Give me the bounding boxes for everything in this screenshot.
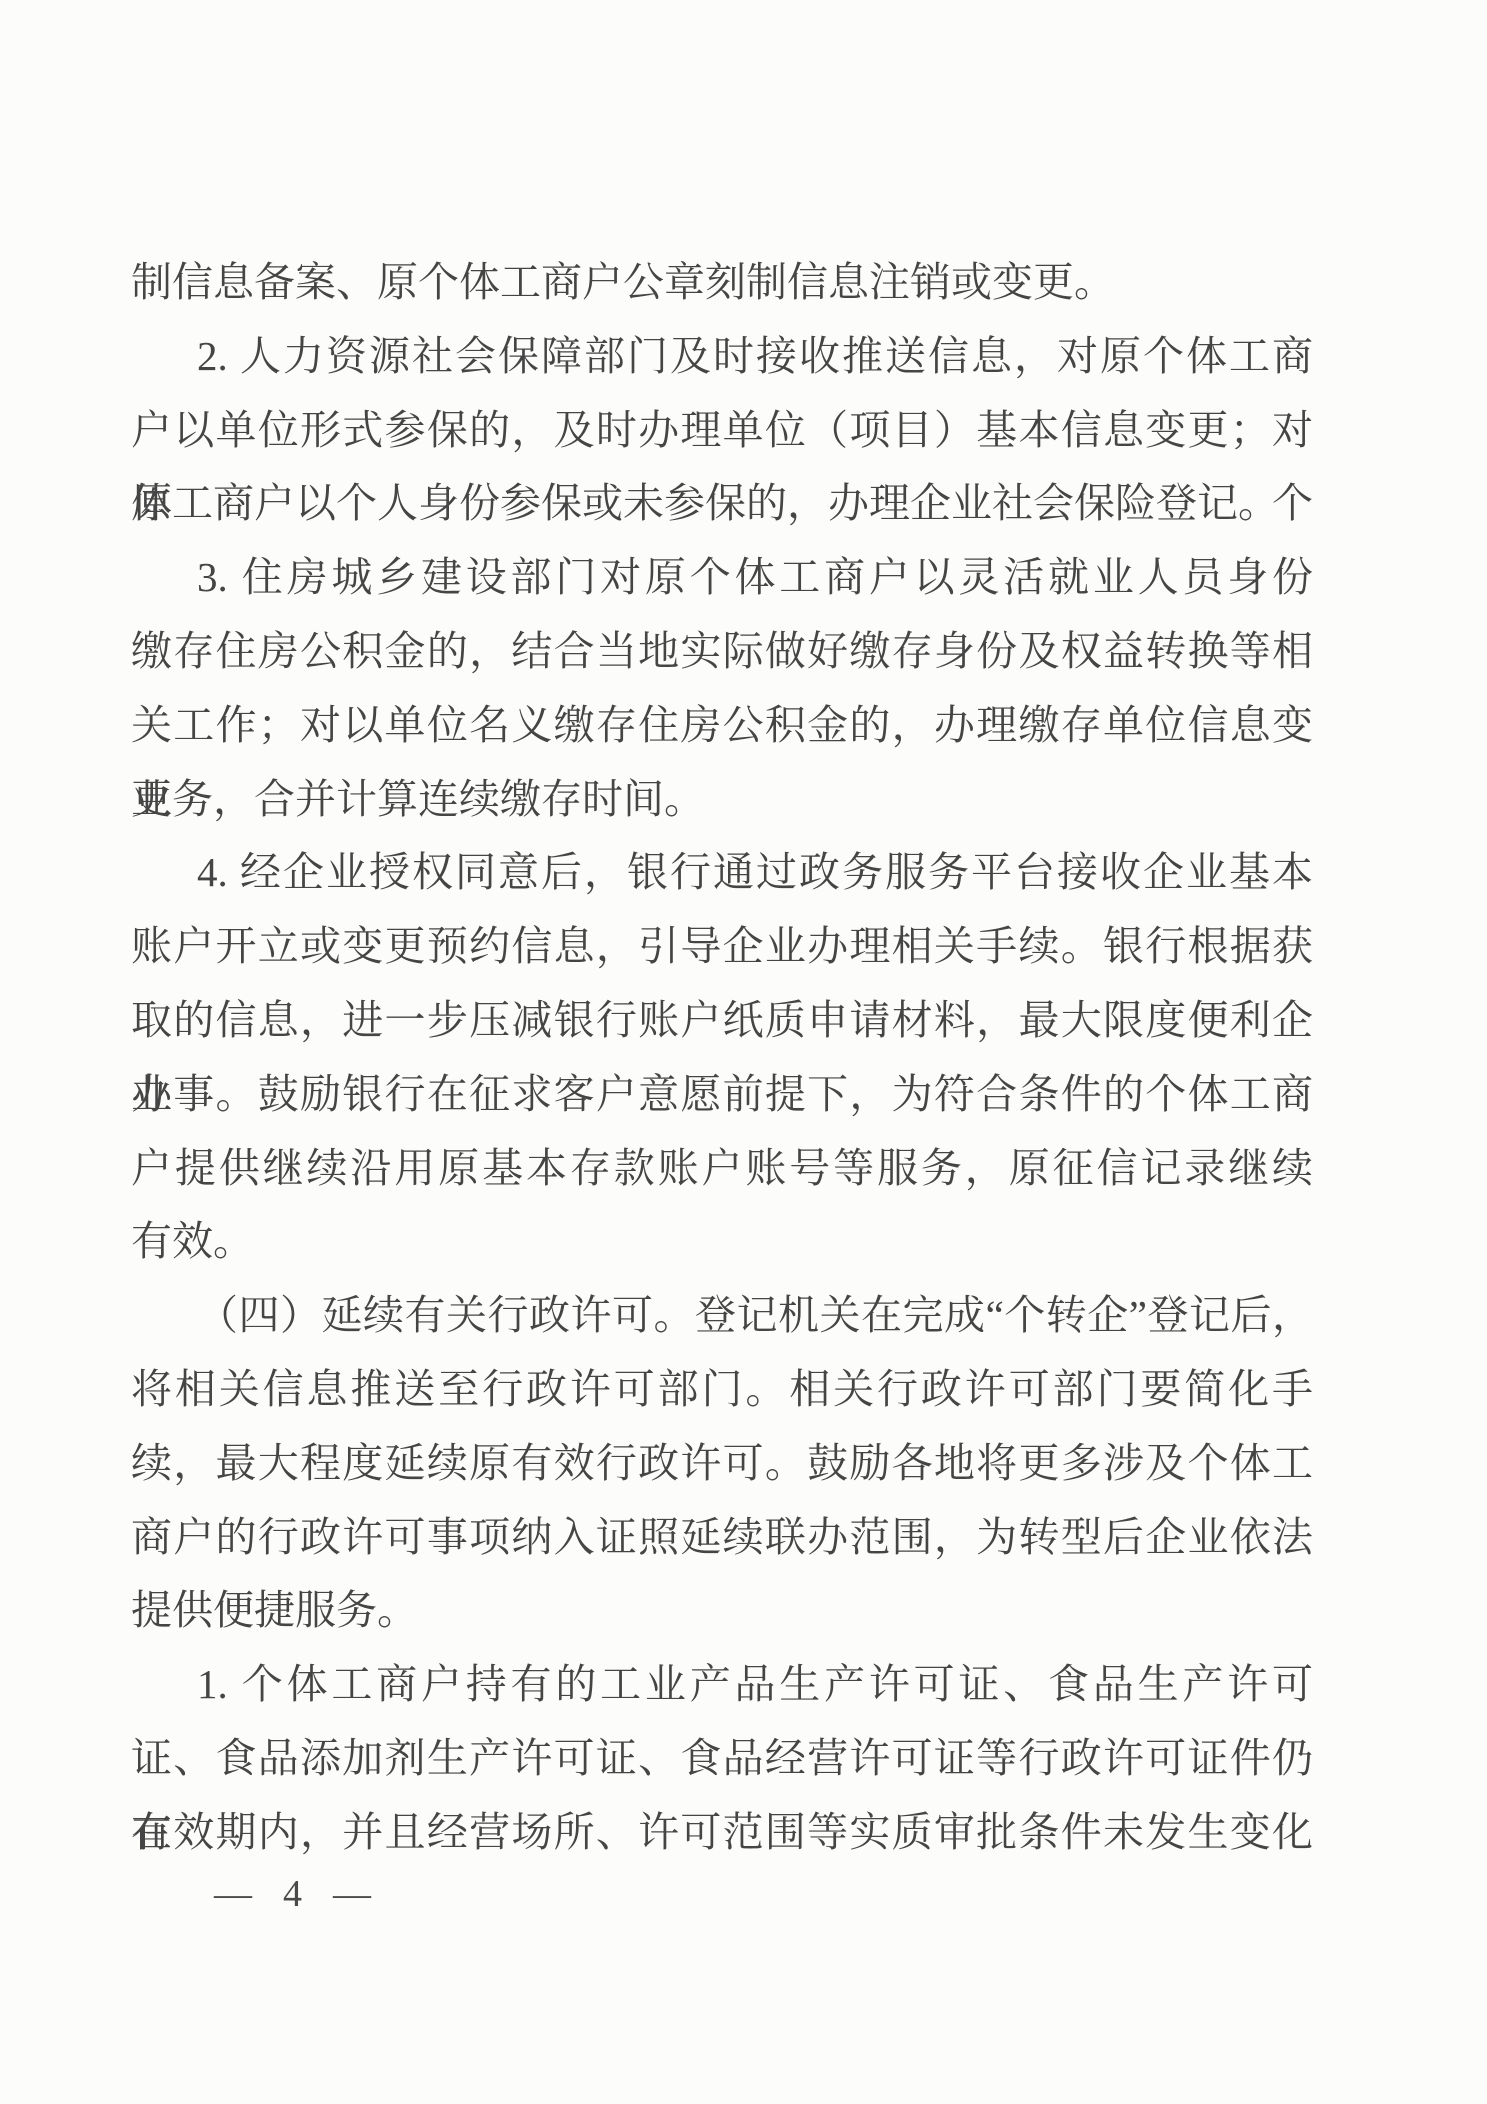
text-line: 证、食品添加剂生产许可证、食品经营许可证等行政许可证件仍在	[131, 1722, 1313, 1796]
text-line: 账户开立或变更预约信息，引导企业办理相关手续。银行根据获	[131, 910, 1313, 984]
document-page: 制信息备案、原个体工商户公章刻制信息注销或变更。2. 人力资源社会保障部门及时接…	[0, 0, 1487, 2104]
text-line: 制信息备案、原个体工商户公章刻制信息注销或变更。	[131, 246, 1313, 320]
text-line: 有效期内，并且经营场所、许可范围等实质审批条件未发生变化	[131, 1796, 1313, 1870]
text-line: 户以单位形式参保的，及时办理单位（项目）基本信息变更；对原个	[131, 394, 1313, 468]
text-line: 1. 个体工商户持有的工业产品生产许可证、食品生产许可	[131, 1648, 1313, 1722]
text-line: 3. 住房城乡建设部门对原个体工商户以灵活就业人员身份	[131, 541, 1313, 615]
text-line: 体工商户以个人身份参保或未参保的，办理企业社会保险登记。	[131, 467, 1313, 541]
text-line: 续，最大程度延续原有效行政许可。鼓励各地将更多涉及个体工	[131, 1427, 1313, 1501]
text-line: 缴存住房公积金的，结合当地实际做好缴存身份及权益转换等相	[131, 615, 1313, 689]
text-line: 2. 人力资源社会保障部门及时接收推送信息，对原个体工商	[131, 320, 1313, 394]
text-line: （四）延续有关行政许可。登记机关在完成“个转企”登记后，	[131, 1279, 1313, 1353]
text-line: 业务，合并计算连续缴存时间。	[131, 763, 1313, 837]
text-line: 4. 经企业授权同意后，银行通过政务服务平台接收企业基本	[131, 836, 1313, 910]
text-line: 提供便捷服务。	[131, 1574, 1313, 1648]
text-line: 关工作；对以单位名义缴存住房公积金的，办理缴存单位信息变更	[131, 689, 1313, 763]
document-body: 制信息备案、原个体工商户公章刻制信息注销或变更。2. 人力资源社会保障部门及时接…	[131, 246, 1313, 1870]
text-line: 有效。	[131, 1205, 1313, 1279]
text-line: 办事。鼓励银行在征求客户意愿前提下，为符合条件的个体工商	[131, 1058, 1313, 1132]
text-line: 将相关信息推送至行政许可部门。相关行政许可部门要简化手	[131, 1353, 1313, 1427]
text-line: 户提供继续沿用原基本存款账户账号等服务，原征信记录继续	[131, 1132, 1313, 1206]
text-line: 取的信息，进一步压减银行账户纸质申请材料，最大限度便利企业	[131, 984, 1313, 1058]
page-number: — 4 —	[214, 1872, 375, 1916]
text-line: 商户的行政许可事项纳入证照延续联办范围，为转型后企业依法	[131, 1501, 1313, 1575]
